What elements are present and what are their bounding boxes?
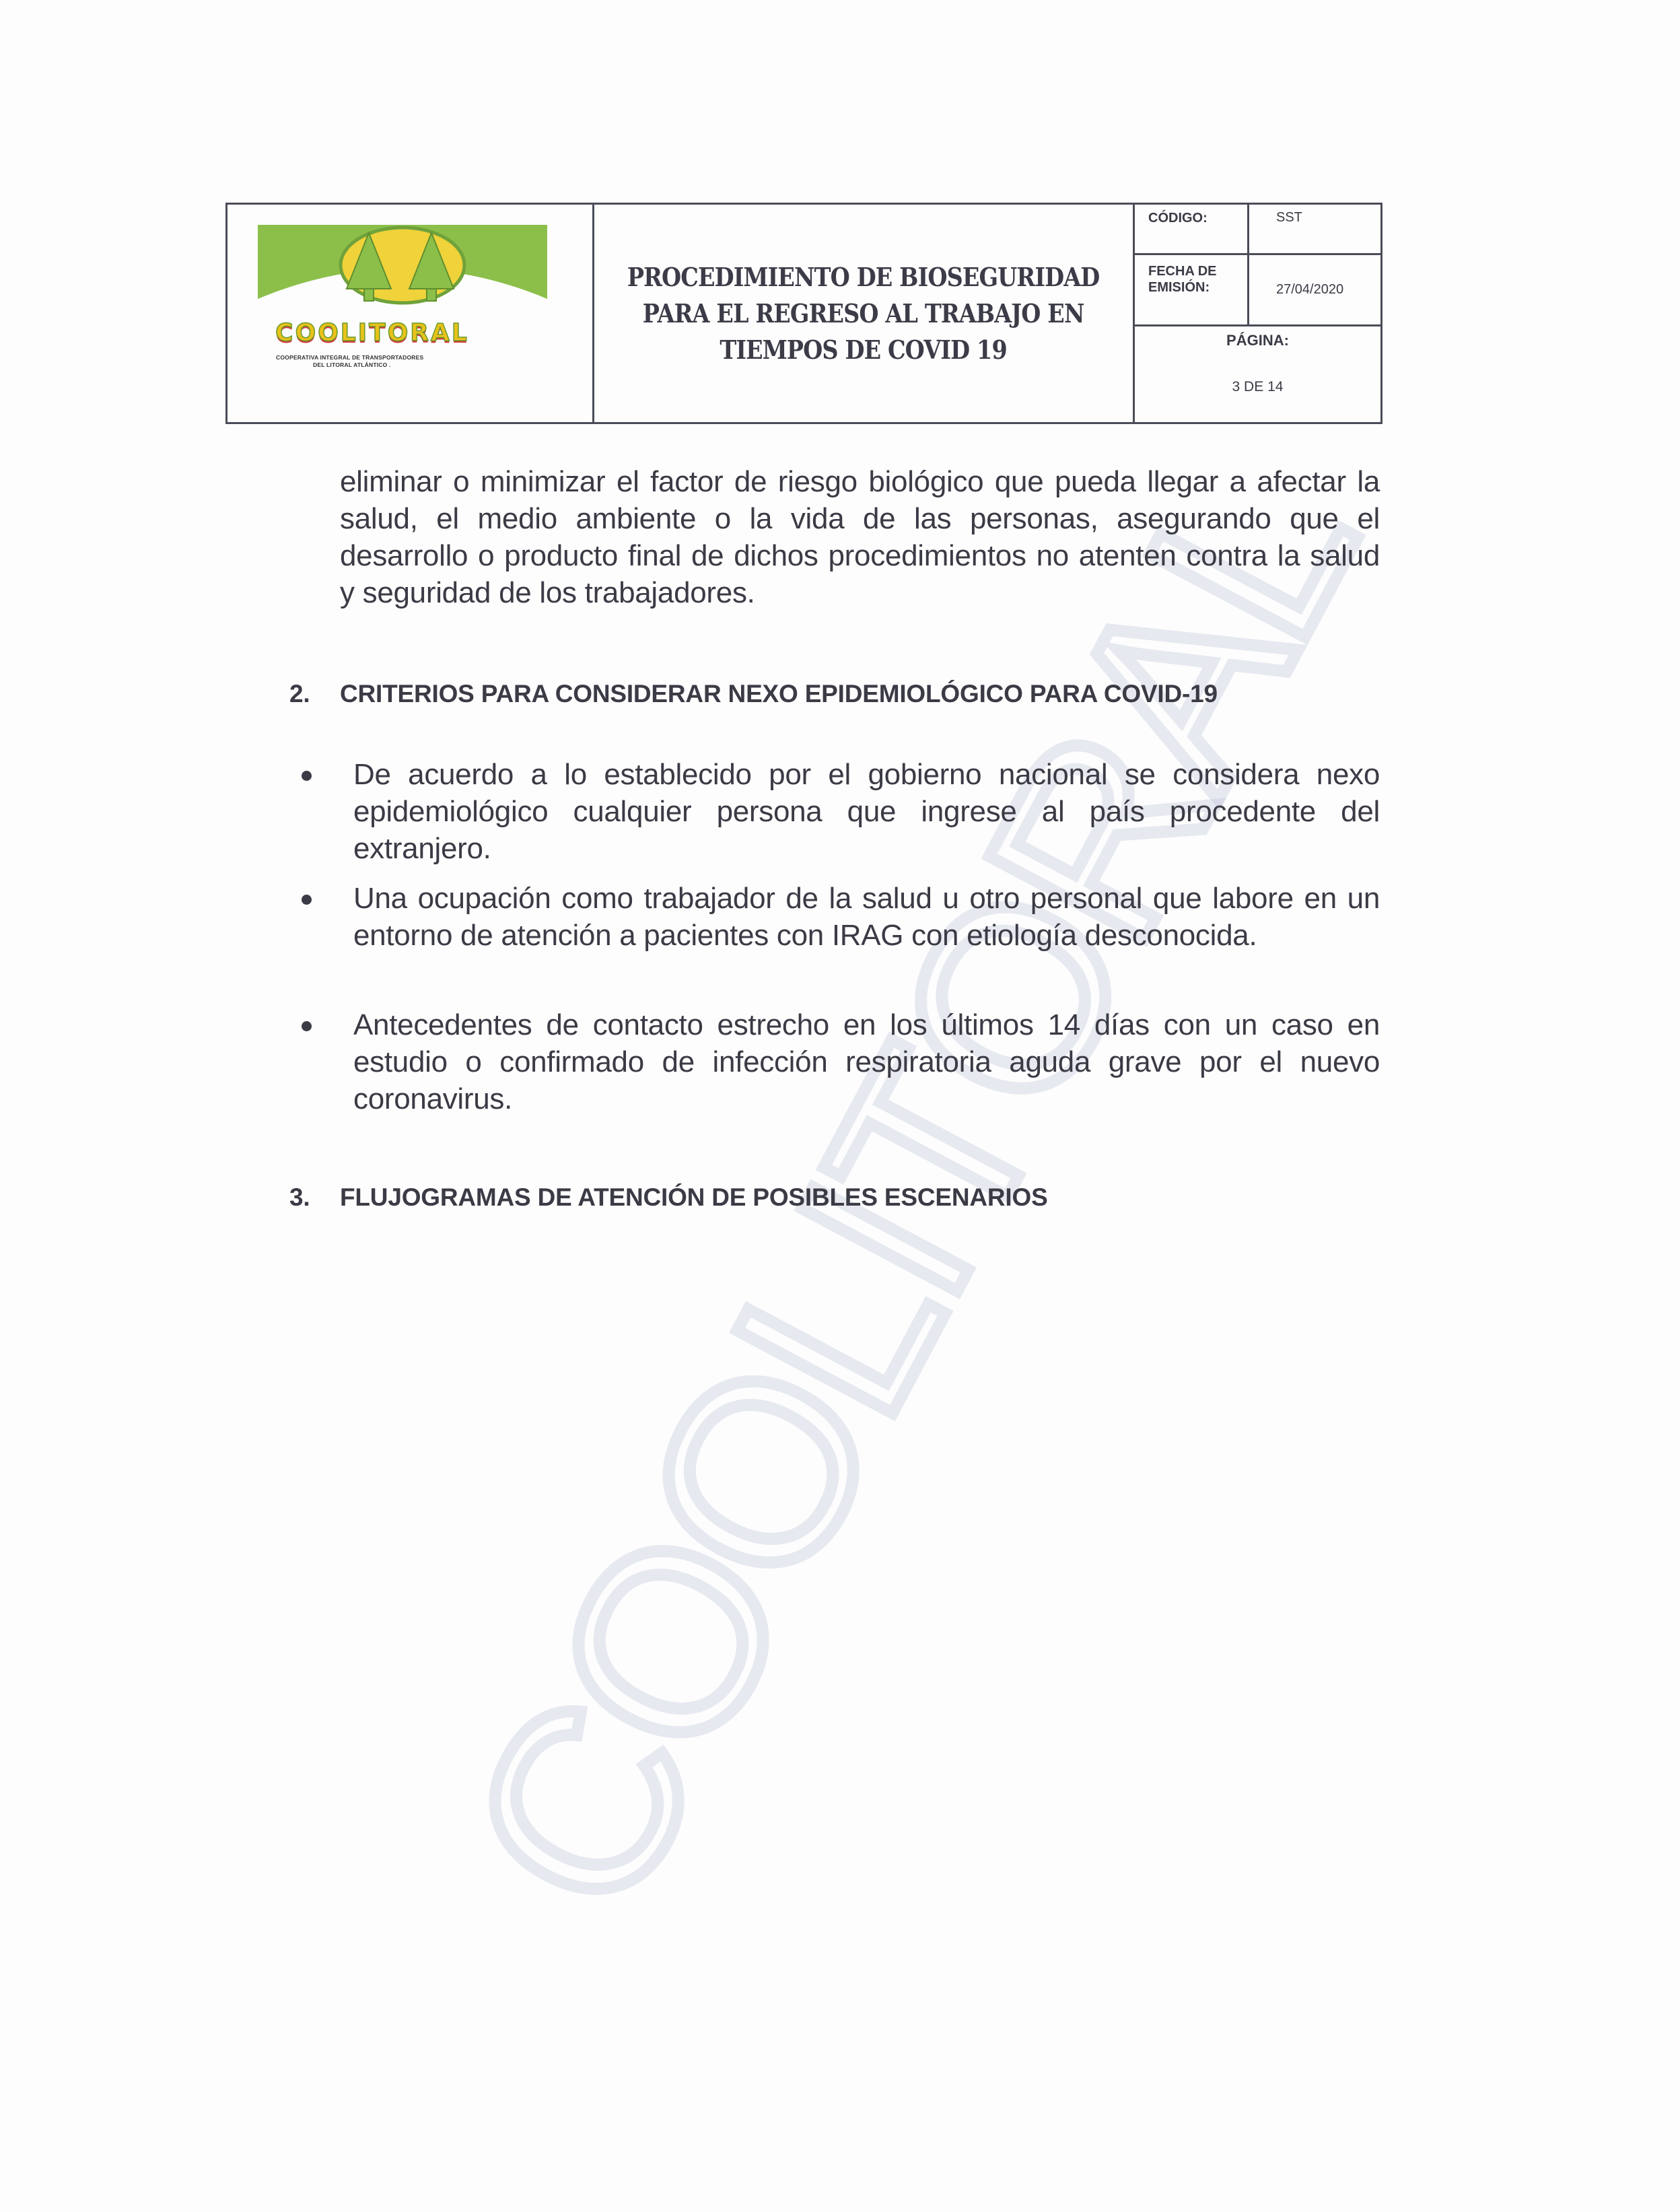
list-item-text: De acuerdo a lo establecido por el gobie… xyxy=(353,756,1380,867)
logo-cell: COOLITORAL COOPERATIVA INTEGRAL DE TRANS… xyxy=(228,205,594,422)
document-title: PROCEDIMIENTO DE BIOSEGURIDAD PARA EL RE… xyxy=(627,259,1100,368)
bullet-icon xyxy=(302,1021,312,1031)
document-page: COOLITORAL COOLITORAL COOPERATIVA INTEGR… xyxy=(0,0,1680,2212)
list-item-text: Una ocupación como trabajador de la salu… xyxy=(353,880,1380,954)
section-2-title: CRITERIOS PARA CONSIDERAR NEXO EPIDEMIOL… xyxy=(340,680,1218,707)
title-line-2: PARA EL REGRESO AL TRABAJO EN xyxy=(627,296,1100,332)
title-line-1: PROCEDIMIENTO DE BIOSEGURIDAD xyxy=(627,259,1100,296)
section-3-number: 3. xyxy=(289,1183,340,1212)
pagina-label: PÁGINA: xyxy=(1135,332,1380,349)
pagina-row: PÁGINA: 3 DE 14 xyxy=(1135,326,1380,422)
section-3-title: FLUJOGRAMAS DE ATENCIÓN DE POSIBLES ESCE… xyxy=(340,1183,1048,1211)
logo-subtitle-line1: COOPERATIVA INTEGRAL DE TRANSPORTADORES xyxy=(276,354,478,361)
logo-subtitle-line2: DEL LITORAL ATLÁNTICO . xyxy=(276,361,478,369)
pagina-value: 3 DE 14 xyxy=(1135,379,1380,395)
fecha-value: 27/04/2020 xyxy=(1249,255,1380,324)
document-header-table: COOLITORAL COOPERATIVA INTEGRAL DE TRANS… xyxy=(225,203,1382,424)
codigo-value: SST xyxy=(1249,205,1380,253)
bullet-icon xyxy=(302,771,312,781)
section-3-heading: 3.FLUJOGRAMAS DE ATENCIÓN DE POSIBLES ES… xyxy=(289,1183,1048,1212)
fecha-label-line1: FECHA DE xyxy=(1148,263,1247,279)
fecha-label-line2: EMISIÓN: xyxy=(1148,279,1247,296)
fecha-row: FECHA DE EMISIÓN: 27/04/2020 xyxy=(1135,255,1380,326)
codigo-row: CÓDIGO: SST xyxy=(1135,205,1380,255)
title-line-3: TIEMPOS DE COVID 19 xyxy=(627,332,1100,368)
logo-subtitle: COOPERATIVA INTEGRAL DE TRANSPORTADORES … xyxy=(276,354,478,369)
intro-paragraph: eliminar o minimizar el factor de riesgo… xyxy=(340,463,1380,611)
section-2-heading: 2.CRITERIOS PARA CONSIDERAR NEXO EPIDEMI… xyxy=(289,680,1218,708)
title-cell: PROCEDIMIENTO DE BIOSEGURIDAD PARA EL RE… xyxy=(594,205,1135,422)
list-item-text: Antecedentes de contacto estrecho en los… xyxy=(353,1006,1380,1117)
section-2-number: 2. xyxy=(289,680,340,708)
logo-wordmark: COOLITORAL xyxy=(258,319,487,347)
metadata-cell: CÓDIGO: SST FECHA DE EMISIÓN: 27/04/2020… xyxy=(1135,205,1380,422)
bullet-icon xyxy=(302,895,312,905)
fecha-label: FECHA DE EMISIÓN: xyxy=(1135,255,1249,324)
codigo-label: CÓDIGO: xyxy=(1135,205,1249,253)
